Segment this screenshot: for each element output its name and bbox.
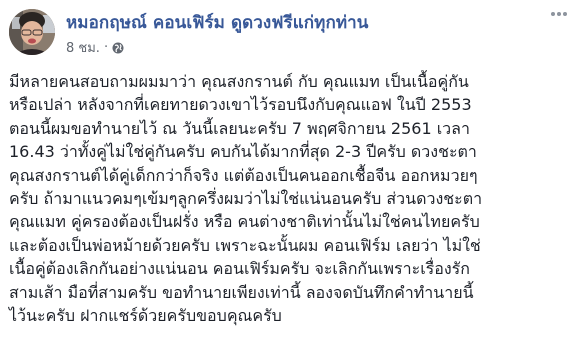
post-text-line: สามเส้า มือที่สามครับ ขอทำนายเพียงเท่านี… bbox=[9, 281, 569, 304]
post-text-line: คุณสงกรานต์ได้คู่เด็กกว่าก็จริง แต่ต้องเ… bbox=[9, 164, 569, 187]
facebook-post: หมอกฤษณ์ คอนเฟิร์ม ดูดวงฟรีแก่ทุกท่าน 8 … bbox=[0, 0, 577, 364]
post-text-line: เนื้อคู่ต้องเลิกกันอย่างแน่นอน คอนเฟิร์ม… bbox=[9, 257, 569, 280]
dot bbox=[551, 12, 555, 16]
dot bbox=[557, 12, 561, 16]
more-options-icon[interactable] bbox=[551, 12, 567, 16]
author-name[interactable]: หมอกฤษณ์ คอนเฟิร์ม ดูดวงฟรีแก่ทุกท่าน bbox=[66, 9, 369, 36]
meta-separator: · bbox=[104, 40, 108, 55]
post-text-line: มีหลายคนสอบถามผมมาว่า คุณสงกรานต์ กับ คุ… bbox=[9, 70, 569, 93]
post-text-line: คุณแมท คู่ครองต้องเป็นฝรั่ง หรือ คนต่างช… bbox=[9, 210, 569, 233]
post-text-line: หรือเปล่า หลังจากที่เคยทายดวงเขาไว้รอบนึ… bbox=[9, 93, 569, 116]
post-text-line: ไว้นะครับ ฝากแชร์ด้วยครับขอบคุณครับ bbox=[9, 304, 569, 327]
post-text-line: และต้องเป็นพ่อหม้ายด้วยครับ เพราะฉะนั้นผ… bbox=[9, 234, 569, 257]
post-text: มีหลายคนสอบถามผมมาว่า คุณสงกรานต์ กับ คุ… bbox=[9, 70, 569, 327]
timestamp[interactable]: 8 ชม. bbox=[66, 37, 100, 58]
post-meta: 8 ชม. · bbox=[66, 37, 124, 58]
globe-icon[interactable] bbox=[112, 42, 124, 54]
avatar-photo bbox=[9, 9, 55, 55]
dot bbox=[563, 12, 567, 16]
post-text-line: 16.43 ว่าทั้งคู่ไม่ใช่คู่กันครับ คบกันได… bbox=[9, 140, 569, 163]
avatar[interactable] bbox=[9, 9, 55, 55]
post-text-line: ตอนนี้ผมขอทำนายไว้ ณ วันนี้เลยนะครับ 7 พ… bbox=[9, 117, 569, 140]
post-text-line: ครับ ถ้ามาแนวคมๆเข้มๆลูกครึ่งผมว่าไม่ใช่… bbox=[9, 187, 569, 210]
